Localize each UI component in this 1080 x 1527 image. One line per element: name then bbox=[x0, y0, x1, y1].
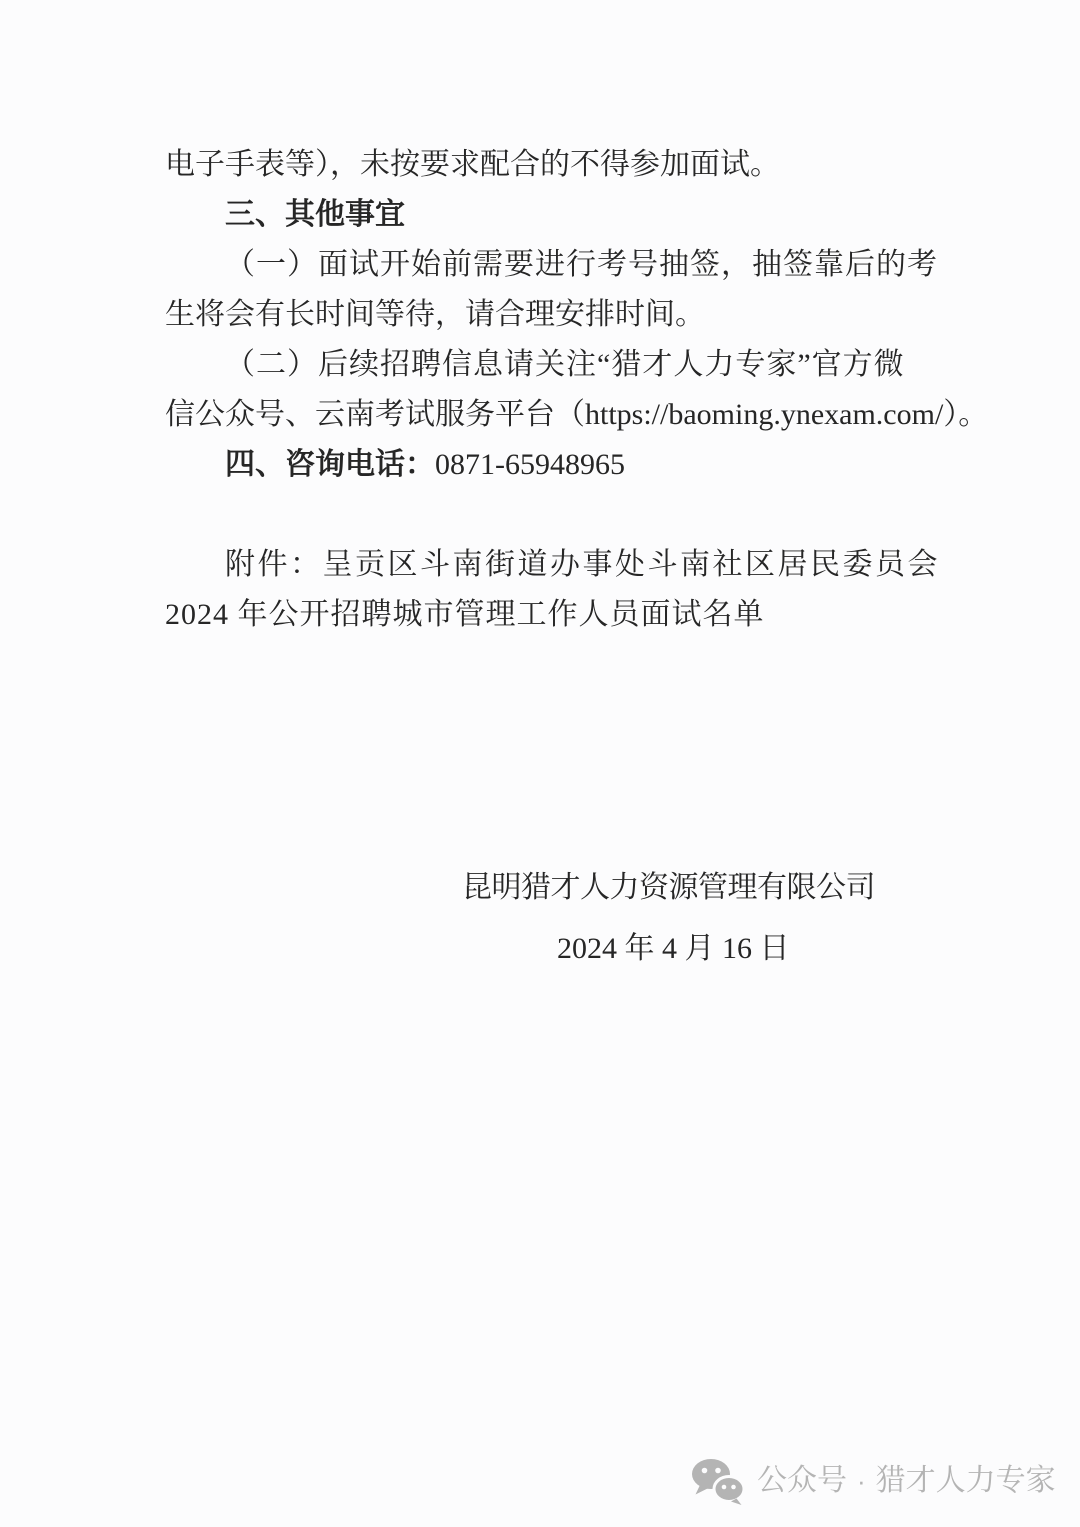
item-1-line-1: （一）面试开始前需要进行考号抽签，抽签靠后的考 bbox=[165, 240, 970, 290]
footer-account-name: 猎才人力专家 bbox=[876, 1456, 1056, 1506]
paragraph-continuation-line: 电子手表等），未按要求配合的不得参加面试。 bbox=[165, 140, 970, 190]
attachment-line-2: 2024 年公开招聘城市管理工作人员面试名单 bbox=[165, 590, 970, 640]
signature-date: 2024 年 4 月 16 日 bbox=[557, 931, 790, 967]
section-4-line: 四、咨询电话：0871-65948965 bbox=[165, 440, 970, 490]
phone-number: 0871-65948965 bbox=[435, 448, 625, 481]
item-2-line-1: （二）后续招聘信息请关注“猎才人力专家”官方微 bbox=[165, 340, 970, 390]
section-4-label: 四、咨询电话： bbox=[225, 448, 435, 481]
wechat-icon bbox=[691, 1457, 745, 1505]
section-3-heading: 三、其他事宜 bbox=[165, 190, 970, 240]
document-text: 电子手表等），未按要求配合的不得参加面试。 三、其他事宜 （一）面试开始前需要进… bbox=[165, 140, 970, 640]
wechat-footer: 公众号 · 猎才人力专家 bbox=[691, 1456, 1056, 1506]
item-2-line-2: 信公众号、云南考试服务平台（https://baoming.ynexam.com… bbox=[165, 390, 970, 440]
signature-company: 昆明猎才人力资源管理有限公司 bbox=[462, 870, 875, 906]
document-page: 电子手表等），未按要求配合的不得参加面试。 三、其他事宜 （一）面试开始前需要进… bbox=[0, 0, 1080, 1527]
footer-separator: · bbox=[857, 1456, 866, 1506]
blank-line bbox=[165, 490, 970, 540]
footer-label: 公众号 bbox=[757, 1456, 847, 1506]
attachment-line-1: 附件：呈贡区斗南街道办事处斗南社区居民委员会 bbox=[165, 540, 970, 590]
item-1-line-2: 生将会有长时间等待，请合理安排时间。 bbox=[165, 290, 970, 340]
